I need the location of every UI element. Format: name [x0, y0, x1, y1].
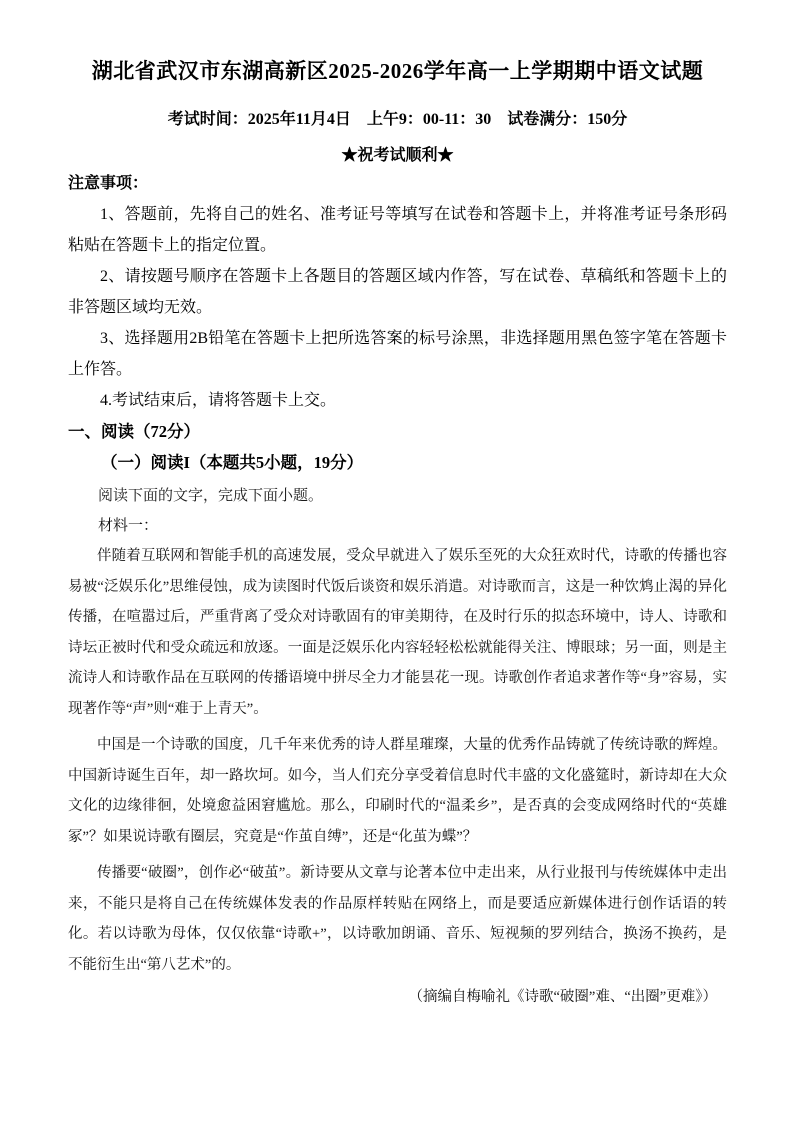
- material-1-label: 材料一：: [68, 511, 727, 541]
- notice-item-1: 1、答题前，先将自己的姓名、准考证号等填写在试卷和答题卡上，并将准考证号条形码粘…: [68, 199, 727, 261]
- section-title-reading: 一、阅读（72分）: [68, 416, 727, 447]
- material-1-paragraph-2: 中国是一个诗歌的国度，几千年来优秀的诗人群星璀璨，大量的优秀作品铸就了传统诗歌的…: [68, 730, 727, 852]
- material-1-paragraph-1: 伴随着互联网和智能手机的高速发展，受众早就进入了娱乐至死的大众狂欢时代，诗歌的传…: [68, 541, 727, 724]
- material-1-paragraph-3: 传播要“破圈”，创作必“破茧”。新诗要从文章与论著本位中走出来，从行业报刊与传统…: [68, 858, 727, 980]
- notice-heading: 注意事项：: [68, 168, 727, 199]
- notice-item-4: 4.考试结束后，请将答题卡上交。: [68, 385, 727, 416]
- exam-info-line: 考试时间：2025年11月4日 上午9：00-11：30 试卷满分：150分: [68, 108, 727, 132]
- subsection-title-reading-1: （一）阅读I（本题共5小题，19分）: [68, 447, 727, 478]
- notice-item-2: 2、请按题号顺序在答题卡上各题目的答题区域内作答，写在试卷、草稿纸和答题卡上的非…: [68, 261, 727, 323]
- exam-paper-page: 湖北省武汉市东湖高新区2025-2026学年高一上学期期中语文试题 考试时间：2…: [0, 0, 793, 1122]
- exam-wish-line: ★祝考试顺利★: [68, 144, 727, 168]
- reading-prompt: 阅读下面的文字，完成下面小题。: [68, 481, 727, 511]
- notice-item-3: 3、选择题用2B铅笔在答题卡上把所选答案的标号涂黑，非选择题用黑色签字笔在答题卡…: [68, 323, 727, 385]
- notice-list: 1、答题前，先将自己的姓名、准考证号等填写在试卷和答题卡上，并将准考证号条形码粘…: [68, 199, 727, 416]
- material-1-body: 伴随着互联网和智能手机的高速发展，受众早就进入了娱乐至死的大众狂欢时代，诗歌的传…: [68, 541, 727, 980]
- exam-title: 湖北省武汉市东湖高新区2025-2026学年高一上学期期中语文试题: [68, 56, 727, 86]
- material-1-attribution: （摘编自梅喻礼《诗歌“破圈”难、“出圈”更难》）: [68, 982, 727, 1013]
